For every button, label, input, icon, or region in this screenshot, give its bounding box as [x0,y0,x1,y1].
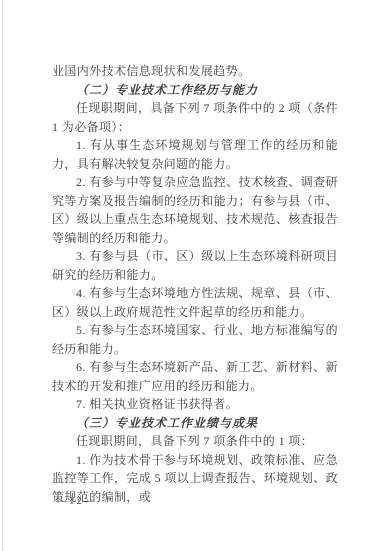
paragraph: 1. 有从事生态环境规划与管理工作的经历和能力，具有解决较复杂问题的能力。 [52,136,338,173]
section-heading: （二）专业技术工作经历与能力 [52,81,338,100]
paragraph: 6. 有参与生态环境新产品、新工艺、新材料、新技术的开发和推广应用的经历和能力。 [52,358,338,395]
page-footer: —12— [56,495,97,507]
paragraph: 2. 有参与中等复杂应急监控、技术核查、调查研究等方案及报告编制的经历和能力；有… [52,173,338,247]
scan-edge-line [2,0,3,551]
paragraph: 7. 相关执业资格证书获得者。 [52,395,338,414]
paragraph: 5. 有参与生态环境国家、行业、地方标准编写的经历和能力。 [52,321,338,358]
paragraph: 业国内外技术信息现状和发展趋势。 [52,62,338,81]
paragraph: 3. 有参与县（市、区）级以上生态环境科研项目研究的经历和能力。 [52,247,338,284]
section-heading: （三）专业技术工作业绩与成果 [52,414,338,433]
document-body: 业国内外技术信息现状和发展趋势。（二）专业技术工作经历与能力任现职期间，具备下列… [52,62,338,506]
document-page: 业国内外技术信息现状和发展趋势。（二）专业技术工作经历与能力任现职期间，具备下列… [0,0,390,551]
page-number: —12— [56,495,97,507]
paragraph: 任现职期间，具备下列 7 项条件中的 1 项： [52,432,338,451]
paragraph: 任现职期间，具备下列 7 项条件中的 2 项（条件 1 为必备项）： [52,99,338,136]
paragraph: 4. 有参与生态环境地方性法规、规章、县（市、区）级以上政府规范性文件起草的经历… [52,284,338,321]
